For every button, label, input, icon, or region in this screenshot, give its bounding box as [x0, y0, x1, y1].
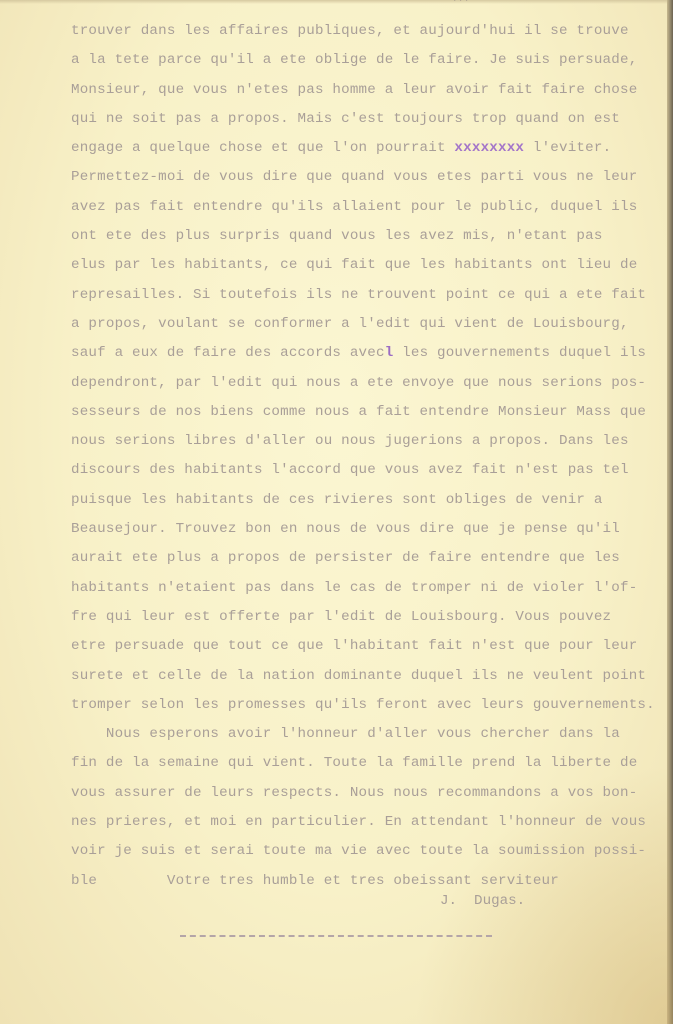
text-line: aurait ete plus a propos de persister de…	[71, 544, 671, 573]
line-text: ont ete des plus surpris quand vous les …	[71, 228, 603, 244]
line-text: etre persuade que tout ce que l'habitant…	[71, 638, 637, 654]
text-line: etre persuade que tout ce que l'habitant…	[71, 632, 671, 661]
line-text: surete et celle de la nation dominante d…	[71, 668, 646, 684]
text-line: habitants n'etaient pas dans le cas de t…	[71, 574, 671, 603]
text-line: fre qui leur est offerte par l'edit de L…	[71, 603, 671, 632]
line-text: engage a quelque chose et que l'on pourr…	[71, 140, 454, 156]
text-line: tromper selon les promesses qu'ils feron…	[71, 691, 671, 720]
text-line: voir je suis et serai toute ma vie avec …	[71, 837, 671, 866]
line-text: aurait ete plus a propos de persister de…	[71, 550, 620, 566]
text-line: a propos, voulant se conformer a l'edit …	[71, 310, 671, 339]
text-line: elus par les habitants, ce qui fait que …	[71, 251, 671, 280]
text-line: Beausejour. Trouvez bon en nous de vous …	[71, 515, 671, 544]
text-line: sauf a eux de faire des accords avecl le…	[71, 339, 671, 368]
text-line: Nous esperons avoir l'honneur d'aller vo…	[71, 720, 671, 749]
line-text: habitants n'etaient pas dans le cas de t…	[71, 580, 637, 596]
text-line: avez pas fait entendre qu'ils allaient p…	[71, 193, 671, 222]
text-line: puisque les habitants de ces rivieres so…	[71, 486, 671, 515]
line-text: elus par les habitants, ce qui fait que …	[71, 257, 637, 273]
text-line: nes prieres, et moi en particulier. En a…	[71, 808, 671, 837]
dashed-divider	[180, 935, 492, 937]
line-text: vous assurer de leurs respects. Nous nou…	[71, 785, 637, 801]
line-text: qui ne soit pas a propos. Mais c'est tou…	[71, 111, 620, 127]
page-top-edge	[0, 0, 673, 4]
line-text: discours des habitants l'accord que vous…	[71, 462, 629, 478]
line-text: nous serions libres d'aller ou nous juge…	[71, 433, 629, 449]
line-text: tromper selon les promesses qu'ils feron…	[71, 697, 655, 713]
text-line: nous serions libres d'aller ou nous juge…	[71, 427, 671, 456]
text-line: discours des habitants l'accord que vous…	[71, 456, 671, 485]
line-text: trouver dans les affaires publiques, et …	[71, 23, 629, 39]
text-line: qui ne soit pas a propos. Mais c'est tou…	[71, 105, 671, 134]
text-line: surete et celle de la nation dominante d…	[71, 662, 671, 691]
line-text: dependront, par l'edit qui nous a ete en…	[71, 375, 646, 391]
text-line: a la tete parce qu'il a ete oblige de le…	[71, 46, 671, 75]
line-text: Monsieur, que vous n'etes pas homme a le…	[71, 82, 637, 98]
text-line: trouver dans les affaires publiques, et …	[71, 17, 671, 46]
letter-body: trouver dans les affaires publiques, et …	[71, 17, 671, 896]
line-text: fre qui leur est offerte par l'edit de L…	[71, 609, 611, 625]
text-line: sesseurs de nos biens comme nous a fait …	[71, 398, 671, 427]
line-text: les gouvernements duquel ils	[393, 345, 646, 361]
struck-out-text: xxxxxxxx	[454, 140, 524, 156]
text-line: dependront, par l'edit qui nous a ete en…	[71, 369, 671, 398]
line-text: a la tete parce qu'il a ete oblige de le…	[71, 52, 637, 68]
line-text: Beausejour. Trouvez bon en nous de vous …	[71, 521, 620, 537]
signature: J. Dugas.	[440, 893, 525, 909]
text-line: represailles. Si toutefois ils ne trouve…	[71, 281, 671, 310]
line-text: Permettez-moi de vous dire que quand vou…	[71, 169, 637, 185]
line-text: fin de la semaine qui vient. Toute la fa…	[71, 755, 637, 771]
text-line: fin de la semaine qui vient. Toute la fa…	[71, 749, 671, 778]
line-text: ble Votre tres humble et tres obeissant …	[71, 873, 559, 889]
line-text: Nous esperons avoir l'honneur d'aller vo…	[71, 726, 620, 742]
line-text: nes prieres, et moi en particulier. En a…	[71, 814, 646, 830]
line-text: avez pas fait entendre qu'ils allaient p…	[71, 199, 637, 215]
line-text: a propos, voulant se conformer a l'edit …	[71, 316, 629, 332]
text-line: vous assurer de leurs respects. Nous nou…	[71, 779, 671, 808]
header-fragment: ...	[452, 0, 470, 4]
text-line: engage a quelque chose et que l'on pourr…	[71, 134, 671, 163]
text-line: Permettez-moi de vous dire que quand vou…	[71, 163, 671, 192]
line-text: represailles. Si toutefois ils ne trouve…	[71, 287, 646, 303]
line-text: sauf a eux de faire des accords avec	[71, 345, 385, 361]
text-line: ont ete des plus surpris quand vous les …	[71, 222, 671, 251]
text-line: ble Votre tres humble et tres obeissant …	[71, 867, 671, 896]
line-text: l'eviter.	[524, 140, 611, 156]
line-text: sesseurs de nos biens comme nous a fait …	[71, 404, 646, 420]
line-text: voir je suis et serai toute ma vie avec …	[71, 843, 646, 859]
line-text: puisque les habitants de ces rivieres so…	[71, 492, 603, 508]
document-page: ... trouver dans les affaires publiques,…	[0, 0, 673, 1024]
text-line: Monsieur, que vous n'etes pas homme a le…	[71, 76, 671, 105]
